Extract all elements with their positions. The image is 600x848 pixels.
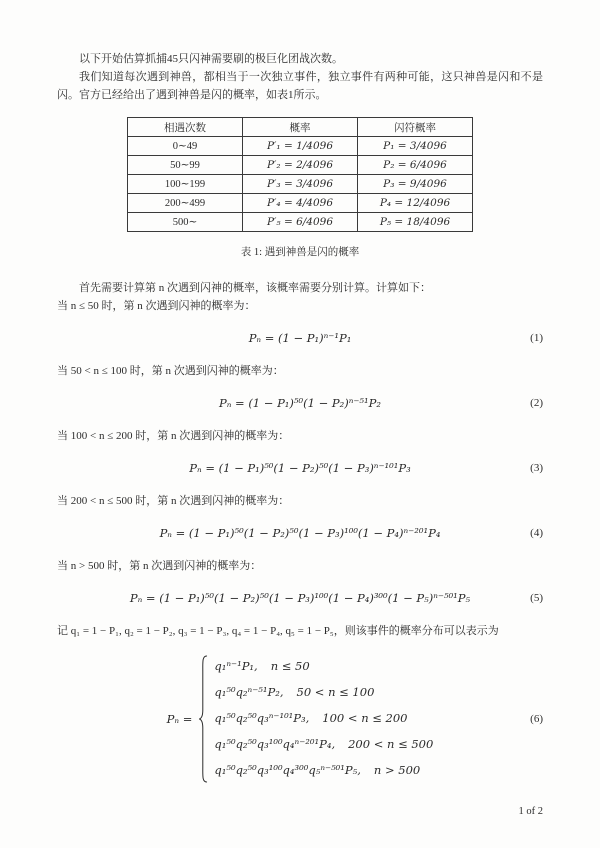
table-row: 200∼499 P′₄ = 4/4096 P₄ = 12/4096 (128, 194, 473, 213)
table-caption: 表 1: 遇到神兽是闪的概率 (57, 244, 543, 259)
equation-6: Pₙ = q₁ⁿ⁻¹P₁,n ≤ 50 q₁⁵⁰q₂ⁿ⁻⁵¹P₂,50 < n … (57, 654, 543, 784)
curly-brace-icon (198, 655, 208, 783)
cell-range: 0∼49 (128, 137, 243, 156)
condition-1: 当 n ≤ 50 时，第 n 次遇到闪神的概率为： (57, 297, 543, 315)
case-4-cond: 200 < n ≤ 500 (348, 737, 433, 751)
case-3-expr: q₁⁵⁰q₂⁵⁰q₃ⁿ⁻¹⁰¹P₃, (214, 711, 309, 725)
case-line-3: q₁⁵⁰q₂⁵⁰q₃ⁿ⁻¹⁰¹P₃,100 < n ≤ 200 (214, 706, 433, 732)
equation-6-number: (6) (530, 713, 543, 725)
document-page: 以下开始估算抓捕45只闪神需要刷的极巨化团战次数。 我们知道每次遇到神兽，都相当… (0, 0, 600, 848)
equation-6-lhs: Pₙ = (167, 712, 193, 726)
case-2-expr: q₁⁵⁰q₂ⁿ⁻⁵¹P₂, (214, 685, 283, 699)
condition-3: 当 100 < n ≤ 200 时，第 n 次遇到闪神的概率为： (57, 427, 543, 445)
cell-probability: P′₅ = 6/4096 (243, 213, 358, 232)
cell-charm-probability: P₃ = 9/4096 (358, 175, 473, 194)
cell-charm-probability: P₅ = 18/4096 (358, 213, 473, 232)
cell-probability: P′₃ = 3/4096 (243, 175, 358, 194)
case-4-expr: q₁⁵⁰q₂⁵⁰q₃¹⁰⁰q₄ⁿ⁻²⁰¹P₄, (214, 737, 335, 751)
intro-paragraph-2: 我们知道每次遇到神兽，都相当于一次独立事件，独立事件有两种可能，这只神兽是闪和不… (57, 68, 543, 104)
equation-1: Pₙ = (1 − P₁)ⁿ⁻¹P₁ (1) (57, 330, 543, 348)
cell-range: 500∼ (128, 213, 243, 232)
case-line-4: q₁⁵⁰q₂⁵⁰q₃¹⁰⁰q₄ⁿ⁻²⁰¹P₄,200 < n ≤ 500 (214, 732, 433, 758)
equation-3-formula: Pₙ = (1 − P₁)⁵⁰(1 − P₂)⁵⁰(1 − P₃)ⁿ⁻¹⁰¹P₃ (189, 461, 410, 475)
table-header-probability: 概率 (243, 118, 358, 137)
cases-column: q₁ⁿ⁻¹P₁,n ≤ 50 q₁⁵⁰q₂ⁿ⁻⁵¹P₂,50 < n ≤ 100… (214, 654, 433, 784)
cell-charm-probability: P₄ = 12/4096 (358, 194, 473, 213)
table-row: 500∼ P′₅ = 6/4096 P₅ = 18/4096 (128, 213, 473, 232)
case-3-cond: 100 < n ≤ 200 (322, 711, 407, 725)
table-header-charm-probability: 闪符概率 (358, 118, 473, 137)
table-row: 0∼49 P′₁ = 1/4096 P₁ = 3/4096 (128, 137, 473, 156)
table-row: 50∼99 P′₂ = 2/4096 P₂ = 6/4096 (128, 156, 473, 175)
case-line-2: q₁⁵⁰q₂ⁿ⁻⁵¹P₂,50 < n ≤ 100 (214, 680, 433, 706)
equation-4-number: (4) (530, 525, 543, 542)
cell-range: 100∼199 (128, 175, 243, 194)
condition-5: 当 n > 500 时，第 n 次遇到闪神的概率为： (57, 557, 543, 575)
condition-4: 当 200 < n ≤ 500 时，第 n 次遇到闪神的概率为： (57, 492, 543, 510)
equation-1-number: (1) (530, 330, 543, 347)
condition-2: 当 50 < n ≤ 100 时，第 n 次遇到闪神的概率为： (57, 362, 543, 380)
equation-4-formula: Pₙ = (1 − P₁)⁵⁰(1 − P₂)⁵⁰(1 − P₃)¹⁰⁰(1 −… (160, 526, 441, 540)
equation-2-formula: Pₙ = (1 − P₁)⁵⁰(1 − P₂)ⁿ⁻⁵¹P₂ (219, 396, 381, 410)
equation-1-formula: Pₙ = (1 − P₁)ⁿ⁻¹P₁ (249, 331, 352, 345)
case-5-expr: q₁⁵⁰q₂⁵⁰q₃¹⁰⁰q₄³⁰⁰q₅ⁿ⁻⁵⁰¹P₅, (214, 763, 361, 777)
cell-probability: P′₄ = 4/4096 (243, 194, 358, 213)
q-definition-paragraph: 记 q₁ = 1 − P₁, q₂ = 1 − P₂, q₃ = 1 − P₃,… (57, 622, 543, 640)
page-number: 1 of 2 (519, 806, 544, 817)
equation-5: Pₙ = (1 − P₁)⁵⁰(1 − P₂)⁵⁰(1 − P₃)¹⁰⁰(1 −… (57, 590, 543, 608)
cell-charm-probability: P₁ = 3/4096 (358, 137, 473, 156)
table-header-row: 相遇次数 概率 闪符概率 (128, 118, 473, 137)
case-5-cond: n > 500 (374, 763, 420, 777)
table-header-encounter-count: 相遇次数 (128, 118, 243, 137)
equation-2: Pₙ = (1 − P₁)⁵⁰(1 − P₂)ⁿ⁻⁵¹P₂ (2) (57, 395, 543, 413)
equation-3: Pₙ = (1 − P₁)⁵⁰(1 − P₂)⁵⁰(1 − P₃)ⁿ⁻¹⁰¹P₃… (57, 460, 543, 478)
case-line-5: q₁⁵⁰q₂⁵⁰q₃¹⁰⁰q₄³⁰⁰q₅ⁿ⁻⁵⁰¹P₅,n > 500 (214, 758, 433, 784)
equation-5-number: (5) (530, 590, 543, 607)
equation-2-number: (2) (530, 395, 543, 412)
case-2-cond: 50 < n ≤ 100 (297, 685, 375, 699)
equation-4: Pₙ = (1 − P₁)⁵⁰(1 − P₂)⁵⁰(1 − P₃)¹⁰⁰(1 −… (57, 525, 543, 543)
calc-intro-paragraph: 首先需要计算第 n 次遇到闪神的概率，该概率需要分别计算。计算如下： (57, 279, 543, 297)
case-1-expr: q₁ⁿ⁻¹P₁, (214, 659, 257, 673)
intro-paragraph-1: 以下开始估算抓捕45只闪神需要刷的极巨化团战次数。 (57, 50, 543, 68)
cell-probability: P′₂ = 2/4096 (243, 156, 358, 175)
table-row: 100∼199 P′₃ = 3/4096 P₃ = 9/4096 (128, 175, 473, 194)
equation-5-formula: Pₙ = (1 − P₁)⁵⁰(1 − P₂)⁵⁰(1 − P₃)¹⁰⁰(1 −… (130, 591, 470, 605)
cell-probability: P′₁ = 1/4096 (243, 137, 358, 156)
cell-range: 50∼99 (128, 156, 243, 175)
case-1-cond: n ≤ 50 (271, 659, 310, 673)
cell-charm-probability: P₂ = 6/4096 (358, 156, 473, 175)
equation-3-number: (3) (530, 460, 543, 477)
case-line-1: q₁ⁿ⁻¹P₁,n ≤ 50 (214, 654, 433, 680)
probability-table: 相遇次数 概率 闪符概率 0∼49 P′₁ = 1/4096 P₁ = 3/40… (127, 117, 473, 232)
cell-range: 200∼499 (128, 194, 243, 213)
